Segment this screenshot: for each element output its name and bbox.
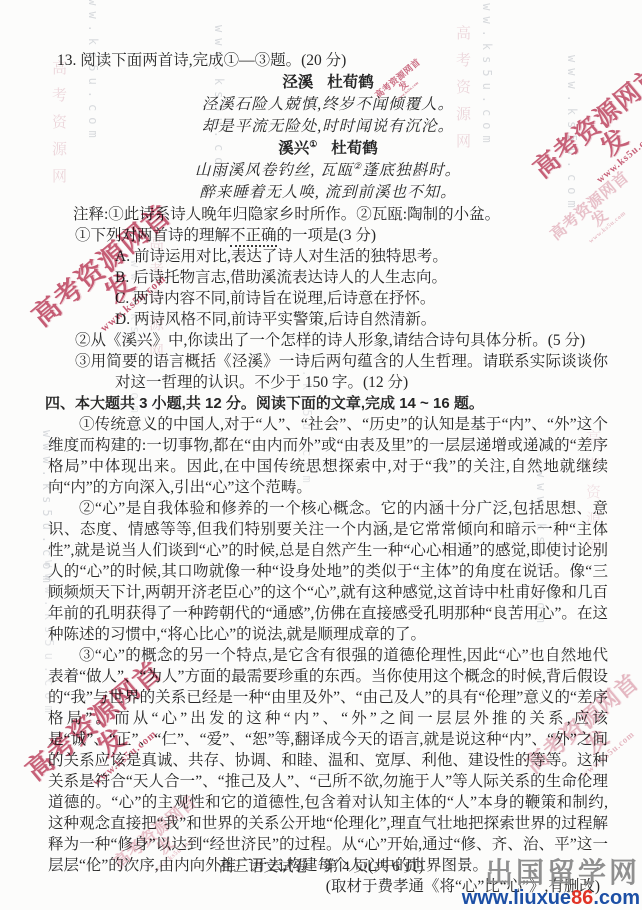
emphasized-text: 不正确 — [230, 227, 277, 247]
poems-block: 泾溪杜荀鹤 泾溪石险人兢慎,终岁不闻倾覆人。 却是平流无险处,时时闻说有沉沦。 … — [48, 72, 608, 204]
poem2-title: 溪兴①杜荀鹤 — [48, 138, 608, 160]
poem2-name: 溪兴 — [278, 140, 309, 157]
poem2-line1-note-ref: ② — [353, 161, 362, 171]
section-4-header: 四、本大题共 3 小题,共 12 分。阅读下面的文章,完成 14 ~ 16 题。 — [45, 393, 608, 414]
poem2-author: 杜荀鹤 — [331, 140, 378, 157]
option-b: B. 后诗托物言志,借助溪流表达诗人的人生志向。 — [115, 267, 608, 288]
exam-page: 13. 阅读下面两首诗,完成①—③题。(20 分) 泾溪杜荀鹤 泾溪石险人兢慎,… — [0, 0, 642, 910]
question-13-1-text: ①下列对两首诗的理解 — [75, 227, 230, 244]
question-13-3: ③用简要的语言概括《泾溪》一诗后两句蕴含的人生哲理。请联系实际谈谈你对这一哲理的… — [75, 351, 608, 393]
poem1-name: 泾溪 — [282, 74, 313, 91]
liuxue-url-prefix: www.liuxue — [462, 887, 571, 909]
poem-footnotes: 注释:①此诗系诗人晚年归隐家乡时所作。②瓦瓯:陶制的小盆。 — [73, 204, 608, 225]
passage-paragraph-1: ①传统意义的中国人,对于“人”、“社会”、“历史”的认知是基于“内”、“外”这个… — [48, 414, 608, 498]
poem2-line1-text-rest: 蓬底独斟时。 — [362, 162, 461, 179]
liuxue-logo-url: www.liuxue86.com — [462, 888, 640, 908]
passage-paragraph-3: ③“心”的概念的另一个特点,是它含有很强的道德伦理性,因此“心”也自然地代表着“… — [48, 645, 608, 876]
poem2-line1-text: 山雨溪风卷钓丝, 瓦瓯 — [195, 162, 353, 179]
question-13-1: ①下列对两首诗的理解不正确的一项是(3 分) — [75, 225, 608, 246]
poem2-note-ref: ① — [309, 139, 317, 149]
passage-paragraph-2: ②“心”是自我体验和修养的一个核心概念。它的内涵十分广泛,包括思想、意识、态度、… — [48, 498, 608, 645]
liuxue-logo-title: 出国留学网 — [462, 859, 640, 887]
option-a: A. 前诗运用对比,表达了诗人对生活的独特思考。 — [115, 246, 608, 267]
option-d: D. 两诗风格不同,前诗平实警策,后诗自然清新。 — [115, 309, 608, 330]
poem2-line2: 醉来睡着无人唤, 流到前溪也不知。 — [48, 182, 608, 204]
option-c: C. 两诗内容不同,前诗旨在说理,后诗意在抒怀。 — [115, 288, 608, 309]
liuxue-url-number: 86 — [571, 887, 593, 909]
poem2-line1: 山雨溪风卷钓丝, 瓦瓯②蓬底独斟时。 — [48, 160, 608, 182]
poem1-line1: 泾溪石险人兢慎,终岁不闻倾覆人。 — [48, 94, 608, 116]
question-13-header: 13. 阅读下面两首诗,完成①—③题。(20 分) — [57, 50, 608, 71]
liuxue-logo: 出国留学网 www.liuxue86.com — [462, 859, 640, 908]
exam-content: 13. 阅读下面两首诗,完成①—③题。(20 分) 泾溪杜荀鹤 泾溪石险人兢慎,… — [0, 0, 642, 910]
poem1-line2: 却是平流无险处,时时闻说有沉沦。 — [48, 116, 608, 138]
poem1-title: 泾溪杜荀鹤 — [48, 72, 608, 94]
question-13-1-text-rest: 的一项是(3 分) — [277, 227, 376, 244]
question-13-2: ②从《溪兴》中,你读出了一个怎样的诗人形象,请结合诗句具体分析。(5 分) — [75, 330, 608, 351]
poem1-author: 杜荀鹤 — [327, 74, 374, 91]
liuxue-url-suffix: .com — [593, 887, 640, 909]
